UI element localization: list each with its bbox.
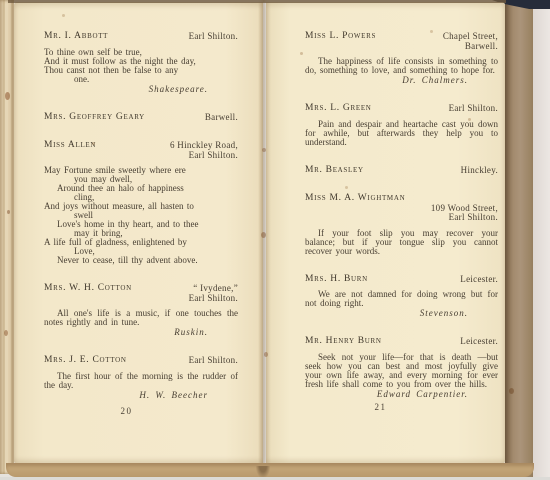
entry-heading: Mrs. L. GreenEarl Shilton. (305, 104, 498, 114)
address-line: Hinckley. (461, 166, 498, 176)
entry: Mrs. J. E. CottonEarl Shilton.The first … (44, 356, 238, 400)
entry-address: Earl Shilton. (189, 32, 238, 42)
address-line: Earl Shilton. (189, 32, 238, 42)
entry-quote: May Fortune smile sweetly where ereyou m… (44, 166, 238, 265)
address-line: Barwell. (443, 42, 498, 52)
right-page: Miss L. PowersChapel Street,Barwell.The … (266, 2, 505, 464)
stain-spot (300, 52, 303, 55)
entry-address: Leicester. (460, 337, 498, 347)
right-page-text: Miss L. PowersChapel Street,Barwell.The … (305, 32, 498, 418)
scan-background-right (533, 0, 550, 480)
entry-quote: Seek not your life—for that is death —bu… (305, 353, 498, 389)
entry-quote: To thine own self be true,And it must fo… (44, 48, 238, 84)
page-edge-top (8, 0, 506, 3)
address-line: Leicester. (460, 337, 498, 347)
entry-heading: Mrs. J. E. CottonEarl Shilton. (44, 356, 238, 366)
entry-address: Earl Shilton. (449, 104, 498, 114)
entry-heading: Mrs. Geoffrey GearyBarwell. (44, 113, 238, 123)
entry-name: Mrs. W. H. Cotton (44, 284, 132, 294)
entry-name: Miss Allen (44, 141, 96, 151)
entry-attribution: H. W. Beecher (44, 391, 238, 400)
entry: Mr. I. AbbottEarl Shilton.To thine own s… (44, 32, 238, 94)
entry-name: Mrs. L. Green (305, 104, 372, 114)
entry: Mrs. Geoffrey GearyBarwell. (44, 113, 238, 123)
stain-spot (261, 232, 266, 238)
page-number-right: 21 (261, 402, 500, 412)
entry: Miss M. A. Wightman109 Wood Street,Earl … (305, 194, 498, 256)
stain-spot (509, 388, 514, 394)
entry-name: Miss L. Powers (305, 32, 376, 42)
stain-spot (4, 330, 8, 336)
entry: Miss Allen6 Hinckley Road,Earl Shilton.M… (44, 141, 238, 265)
entry-name: Mrs. J. E. Cotton (44, 356, 127, 366)
entry-heading: Mrs. W. H. Cotton“ Ivydene,”Earl Shilton… (44, 284, 238, 303)
entry-attribution: Stevenson. (305, 309, 498, 318)
entry-attribution: Edward Carpentier. (305, 390, 498, 399)
page-number-left: 20 (2, 406, 251, 416)
address-line: Earl Shilton. (170, 151, 238, 161)
address-line: Earl Shilton. (449, 104, 498, 114)
entry-heading: Miss L. PowersChapel Street,Barwell. (305, 32, 498, 51)
stain-spot (264, 352, 268, 357)
entry-address: 109 Wood Street,Earl Shilton. (305, 204, 498, 223)
entry-name: Mrs. H. Burn (305, 275, 368, 285)
address-line: Barwell. (205, 113, 238, 123)
left-page-text: Mr. I. AbbottEarl Shilton.To thine own s… (44, 32, 238, 419)
entry-quote: All one's life is a music, if one touche… (44, 309, 238, 327)
stain-spot (430, 30, 433, 33)
entry: Mrs. W. H. Cotton“ Ivydene,”Earl Shilton… (44, 284, 238, 337)
stain-spot (468, 118, 471, 121)
entry-heading: Mrs. H. BurnLeicester. (305, 275, 498, 285)
stain-spot (345, 186, 348, 189)
entry-heading: Mr. BeasleyHinckley. (305, 166, 498, 176)
verse-line: Never to cease, till thy advent above. (57, 256, 238, 265)
entry-address: 6 Hinckley Road,Earl Shilton. (170, 141, 238, 160)
book-scan: Mr. I. AbbottEarl Shilton.To thine own s… (0, 0, 550, 480)
entry-name: Miss M. A. Wightman (305, 194, 405, 204)
entry-name: Mr. I. Abbott (44, 32, 108, 42)
entry-heading: Mr. I. AbbottEarl Shilton. (44, 32, 238, 42)
entry-attribution: Dr. Chalmers. (305, 76, 498, 85)
page-edges-left (0, 0, 14, 474)
address-line: Leicester. (460, 275, 498, 285)
verse-line: one. (74, 75, 238, 84)
entry-address: “ Ivydene,”Earl Shilton. (189, 284, 238, 303)
entry-quote: The first hour of the morning is the rud… (44, 372, 238, 390)
left-page: Mr. I. AbbottEarl Shilton.To thine own s… (14, 2, 263, 464)
entry-quote: If your foot slip you may recover your b… (305, 229, 498, 256)
entry-quote: Pain and despair and heartache cast you … (305, 120, 498, 147)
stain-spot (62, 14, 65, 17)
entry-heading: Mr. Henry BurnLeicester. (305, 337, 498, 347)
page-edges-bottom (6, 463, 534, 477)
address-line: Earl Shilton. (189, 294, 238, 304)
stain-spot (262, 148, 266, 152)
entry-quote: The happiness of life consists in someth… (305, 57, 498, 75)
stain-spot (92, 142, 95, 145)
entry-heading: Miss Allen6 Hinckley Road,Earl Shilton. (44, 141, 238, 160)
address-line: Earl Shilton. (189, 356, 238, 366)
entry-address: Barwell. (205, 113, 238, 123)
entry-address: Earl Shilton. (189, 356, 238, 366)
page-edges-right (505, 0, 533, 480)
entry: Mrs. H. BurnLeicester.We are not damned … (305, 275, 498, 319)
entry: Mrs. L. GreenEarl Shilton.Pain and despa… (305, 104, 498, 147)
entry-name: Mr. Henry Burn (305, 337, 382, 347)
address-line: Earl Shilton. (305, 213, 498, 223)
entry-address: Leicester. (460, 275, 498, 285)
entry-quote: We are not damned for doing wrong but fo… (305, 290, 498, 308)
entry: Mr. Henry BurnLeicester.Seek not your li… (305, 337, 498, 399)
entry-address: Chapel Street,Barwell. (443, 32, 498, 51)
entry-address: Hinckley. (461, 166, 498, 176)
stain-spot (5, 92, 10, 100)
entry: Mr. BeasleyHinckley. (305, 166, 498, 176)
entry-attribution: Ruskin. (44, 328, 238, 337)
entry-name: Mrs. Geoffrey Geary (44, 113, 145, 123)
stain-spot (7, 210, 10, 214)
entry-name: Mr. Beasley (305, 166, 364, 176)
entry-attribution: Shakespeare. (44, 85, 238, 94)
entry: Miss L. PowersChapel Street,Barwell.The … (305, 32, 498, 85)
